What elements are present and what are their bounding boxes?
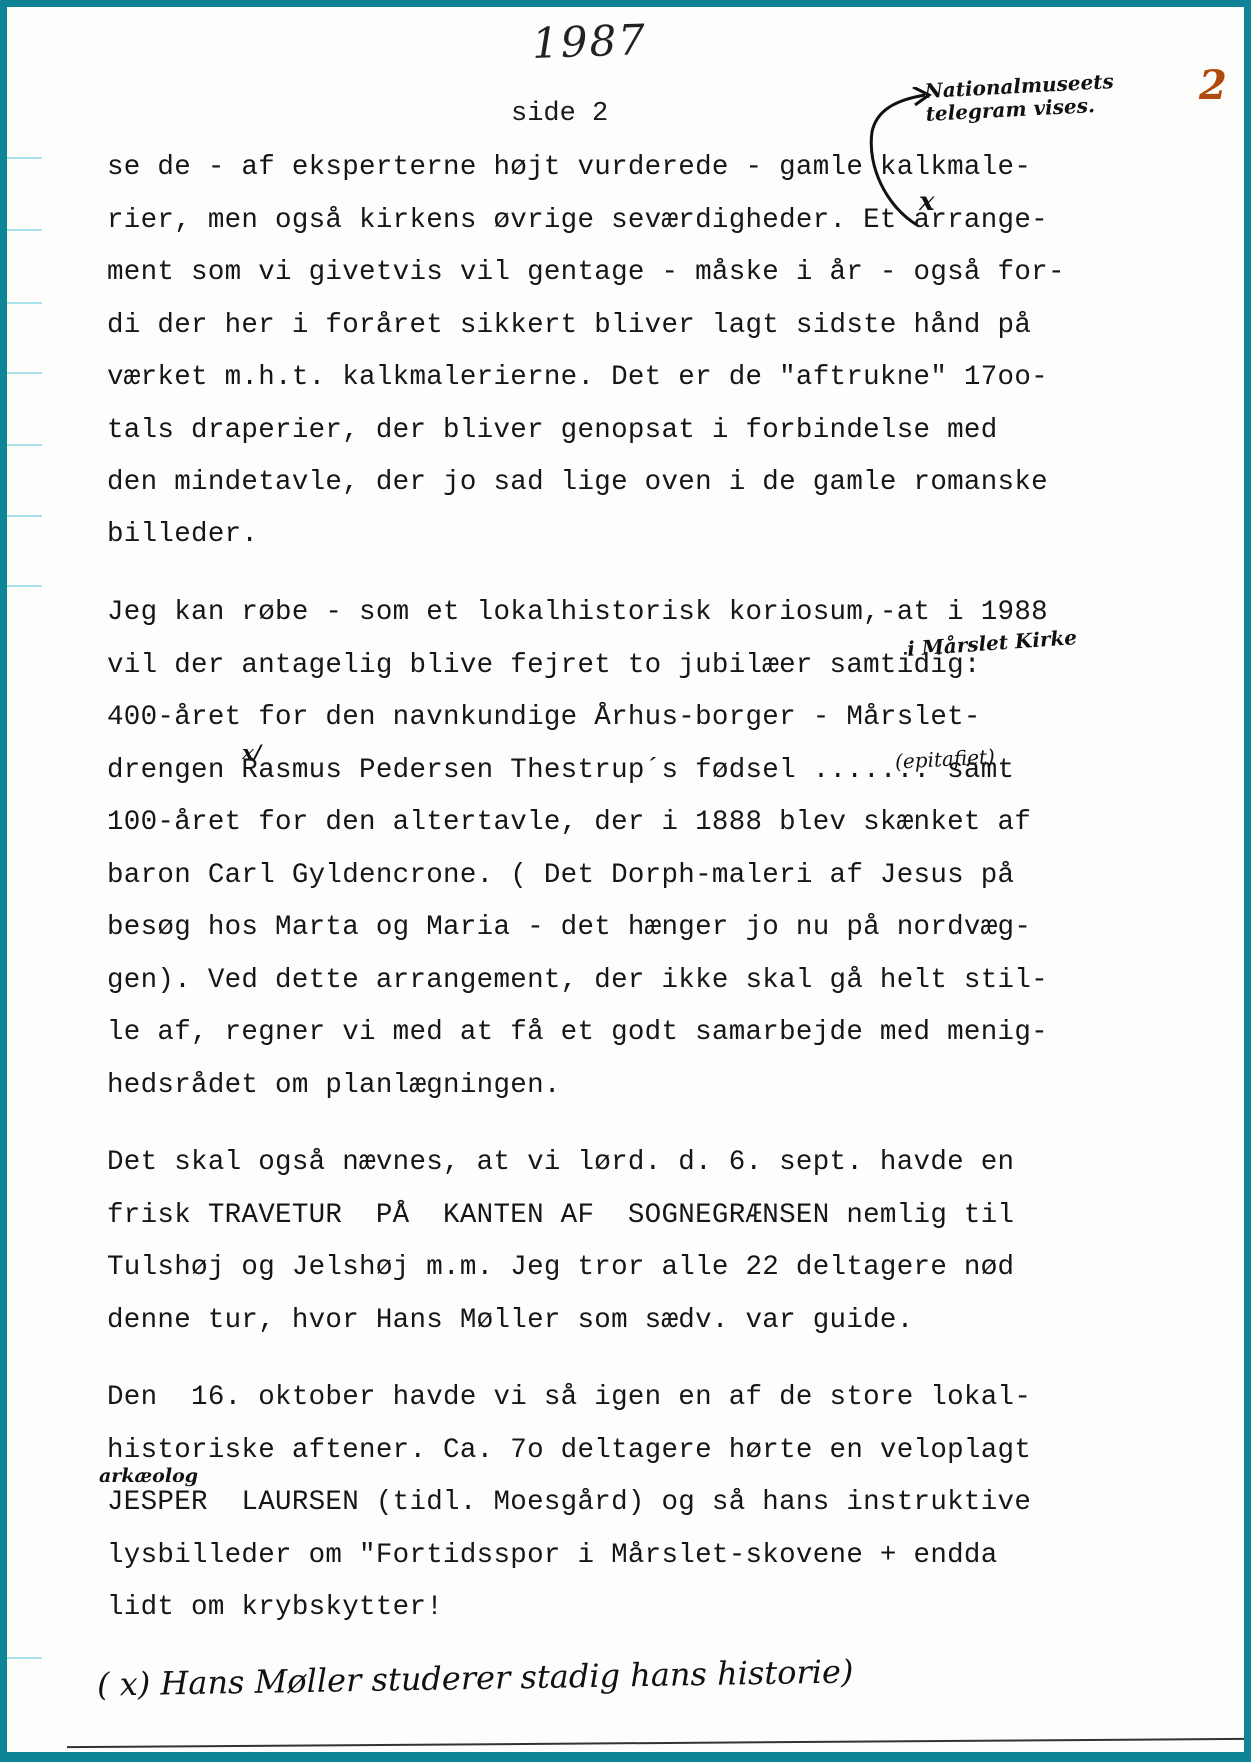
margin-tick (7, 515, 42, 517)
text-line: Den 16. oktober havde vi så igen en af d… (107, 1382, 1031, 1413)
text-line: 100-året for den altertavle, der i 1888 … (107, 807, 1031, 838)
text-line: vil der antagelig blive fejret to jubilæ… (107, 650, 981, 681)
margin-tick (7, 585, 42, 587)
text-line: den mindetavle, der jo sad lige oven i d… (107, 467, 1048, 498)
page-heading: side 2 (511, 99, 608, 129)
margin-tick (7, 302, 42, 304)
text-line: lidt om krybskytter! (107, 1592, 443, 1623)
handwritten-footnote: ( x) Hans Møller studerer stadig hans hi… (97, 1652, 854, 1703)
handwritten-year: 1987 (531, 15, 648, 68)
text-line: drengen Rasmus Pedersen Thestrup´s fødse… (107, 755, 1014, 786)
text-line: hedsrådet om planlægningen. (107, 1070, 561, 1101)
text-line: Jeg kan røbe - som et lokalhistorisk kor… (107, 597, 1048, 628)
text-line: 400-året for den navnkundige Århus-borge… (107, 702, 981, 733)
margin-tick (7, 1657, 42, 1659)
text-line: se de - af eksperterne højt vurderede - … (107, 152, 1031, 183)
text-line: di der her i foråret sikkert bliver lagt… (107, 310, 1031, 341)
handwritten-insertion: arkæolog (99, 1465, 198, 1487)
text-line: JESPER LAURSEN (tidl. Moesgård) og så ha… (107, 1487, 1031, 1518)
document-page: 1987 2 side 2 Nationalmuseets telegram v… (7, 7, 1244, 1752)
text-line: rier, men også kirkens øvrige seværdighe… (107, 205, 1048, 236)
text-line: lysbilleder om "Fortidsspor i Mårslet-sk… (107, 1540, 998, 1571)
text-line: gen). Ved dette arrangement, der ikke sk… (107, 965, 1048, 996)
text-line: tals draperier, der bliver genopsat i fo… (107, 415, 998, 446)
text-line: Det skal også nævnes, at vi lørd. d. 6. … (107, 1147, 1014, 1178)
text-line: Tulshøj og Jelshøj m.m. Jeg tror alle 22… (107, 1252, 1014, 1283)
text-line: baron Carl Gyldencrone. ( Det Dorph-male… (107, 860, 1014, 891)
text-line: le af, regner vi med at få et godt samar… (107, 1017, 1048, 1048)
margin-tick (7, 444, 42, 446)
text-line: billeder. (107, 519, 258, 550)
text-line: besøg hos Marta og Maria - det hænger jo… (107, 912, 1031, 943)
text-line: ment som vi givetvis vil gentage - måske… (107, 257, 1065, 288)
text-line: denne tur, hvor Hans Møller som sædv. va… (107, 1305, 914, 1336)
margin-tick (7, 229, 42, 231)
text-line: værket m.h.t. kalkmalerierne. Det er de … (107, 362, 1048, 393)
footnote-rule (67, 1738, 1244, 1748)
margin-tick (7, 372, 42, 374)
text-line: frisk TRAVETUR PÅ KANTEN AF SOGNEGRÆNSEN… (107, 1200, 1014, 1231)
margin-tick (7, 157, 42, 159)
handwritten-page-number: 2 (1199, 62, 1227, 109)
text-line: historiske aftener. Ca. 7o deltagere hør… (107, 1435, 1031, 1466)
